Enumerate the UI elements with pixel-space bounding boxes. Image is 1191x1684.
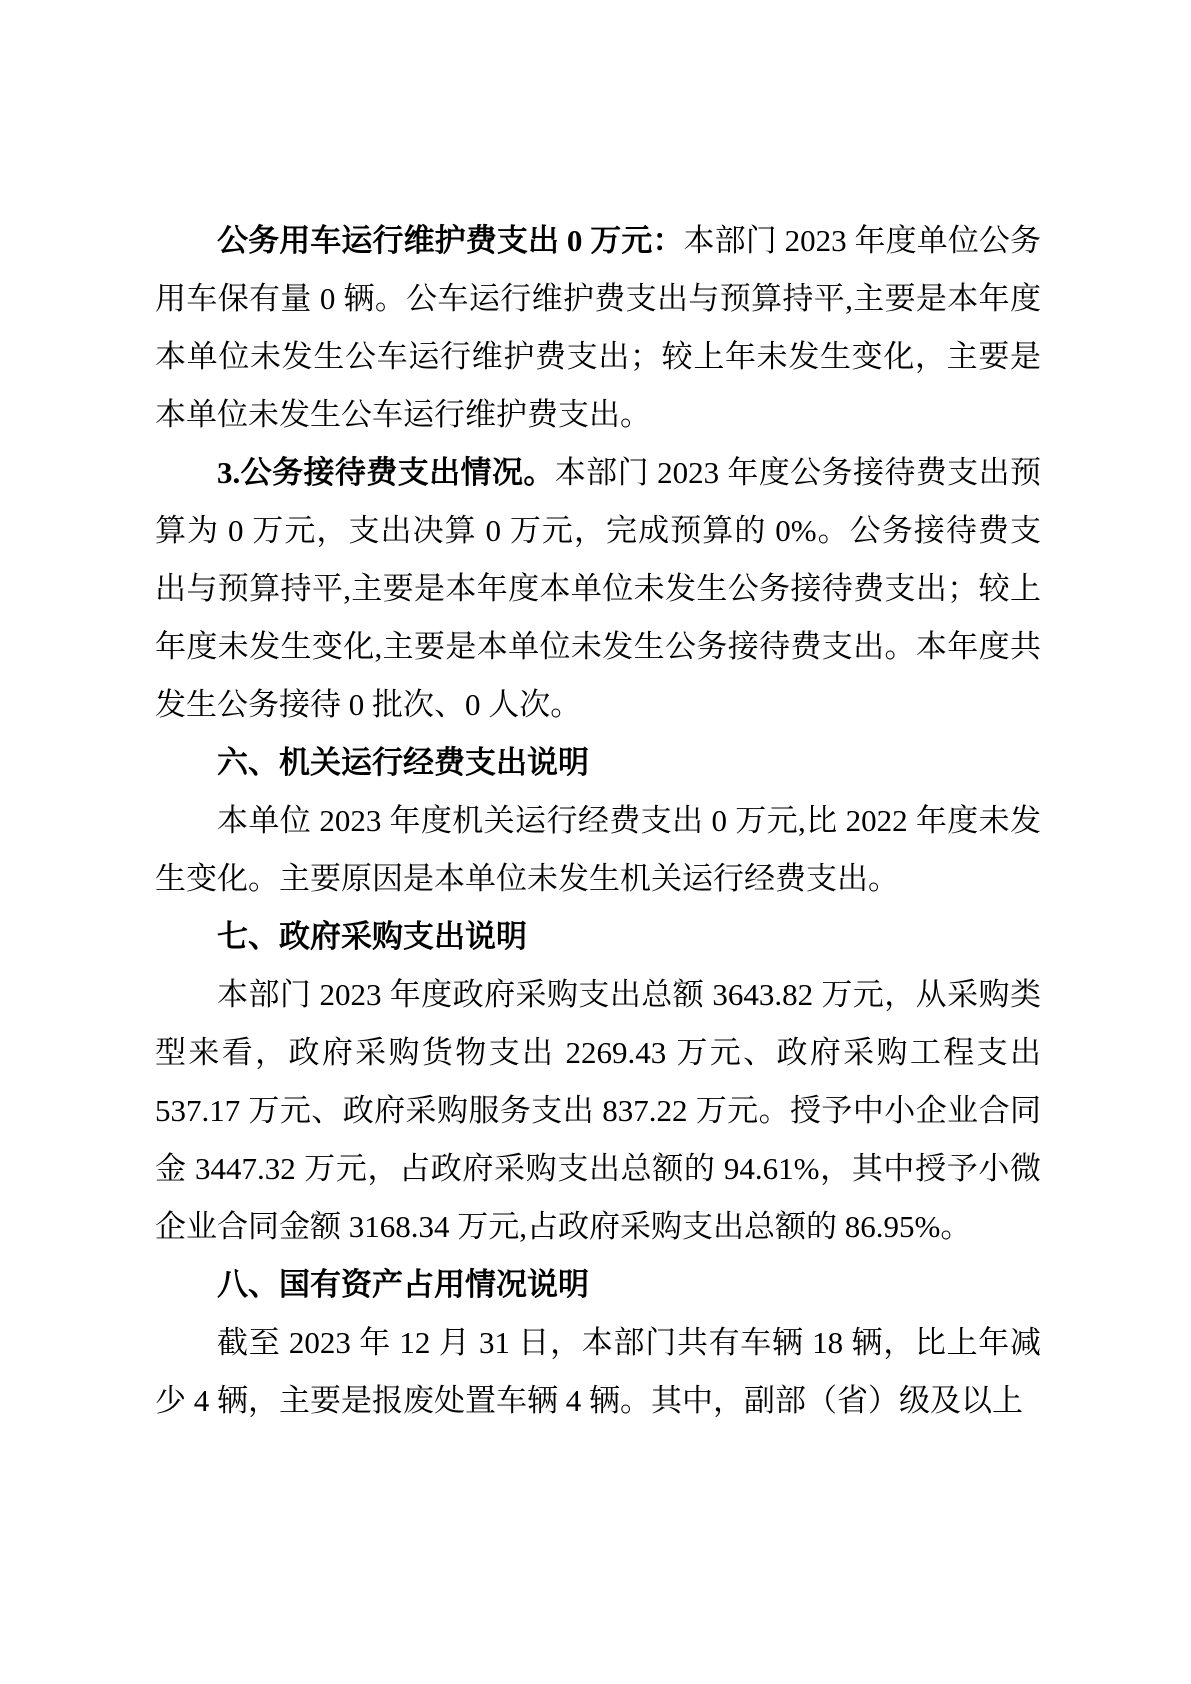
paragraph-body-text: 本单位 2023 年度机关运行经费支出 0 万元,比 2022 年度未发生变化。… [155,803,1041,896]
section-heading-government-procurement: 七、政府采购支出说明 [155,908,1041,966]
paragraph-official-reception-expense: 3.公务接待费支出情况。本部门 2023 年度公务接待费支出预算为 0 万元，支… [155,444,1041,734]
paragraph-body-text: 截至 2023 年 12 月 31 日，本部门共有车辆 18 辆，比上年减少 4… [155,1325,1041,1418]
paragraph-lead-bold: 公务用车运行维护费支出 0 万元： [217,223,684,258]
paragraph-body-text: 本部门 2023 年度公务接待费支出预算为 0 万元，支出决算 0 万元，完成预… [155,455,1041,722]
paragraph-state-assets: 截至 2023 年 12 月 31 日，本部门共有车辆 18 辆，比上年减少 4… [155,1314,1041,1430]
document-page: 公务用车运行维护费支出 0 万元：本部门 2023 年度单位公务用车保有量 0 … [0,0,1191,1684]
paragraph-body-text: 本部门 2023 年度政府采购支出总额 3643.82 万元，从采购类型来看，政… [155,977,1041,1244]
section-heading-operating-expense: 六、机关运行经费支出说明 [155,734,1041,792]
section-heading-state-assets: 八、国有资产占用情况说明 [155,1256,1041,1314]
paragraph-lead-bold: 3.公务接待费支出情况。 [217,455,555,490]
paragraph-government-procurement: 本部门 2023 年度政府采购支出总额 3643.82 万元，从采购类型来看，政… [155,966,1041,1256]
document-content: 公务用车运行维护费支出 0 万元：本部门 2023 年度单位公务用车保有量 0 … [155,212,1041,1430]
paragraph-vehicle-maintenance-expense: 公务用车运行维护费支出 0 万元：本部门 2023 年度单位公务用车保有量 0 … [155,212,1041,444]
paragraph-operating-expense: 本单位 2023 年度机关运行经费支出 0 万元,比 2022 年度未发生变化。… [155,792,1041,908]
